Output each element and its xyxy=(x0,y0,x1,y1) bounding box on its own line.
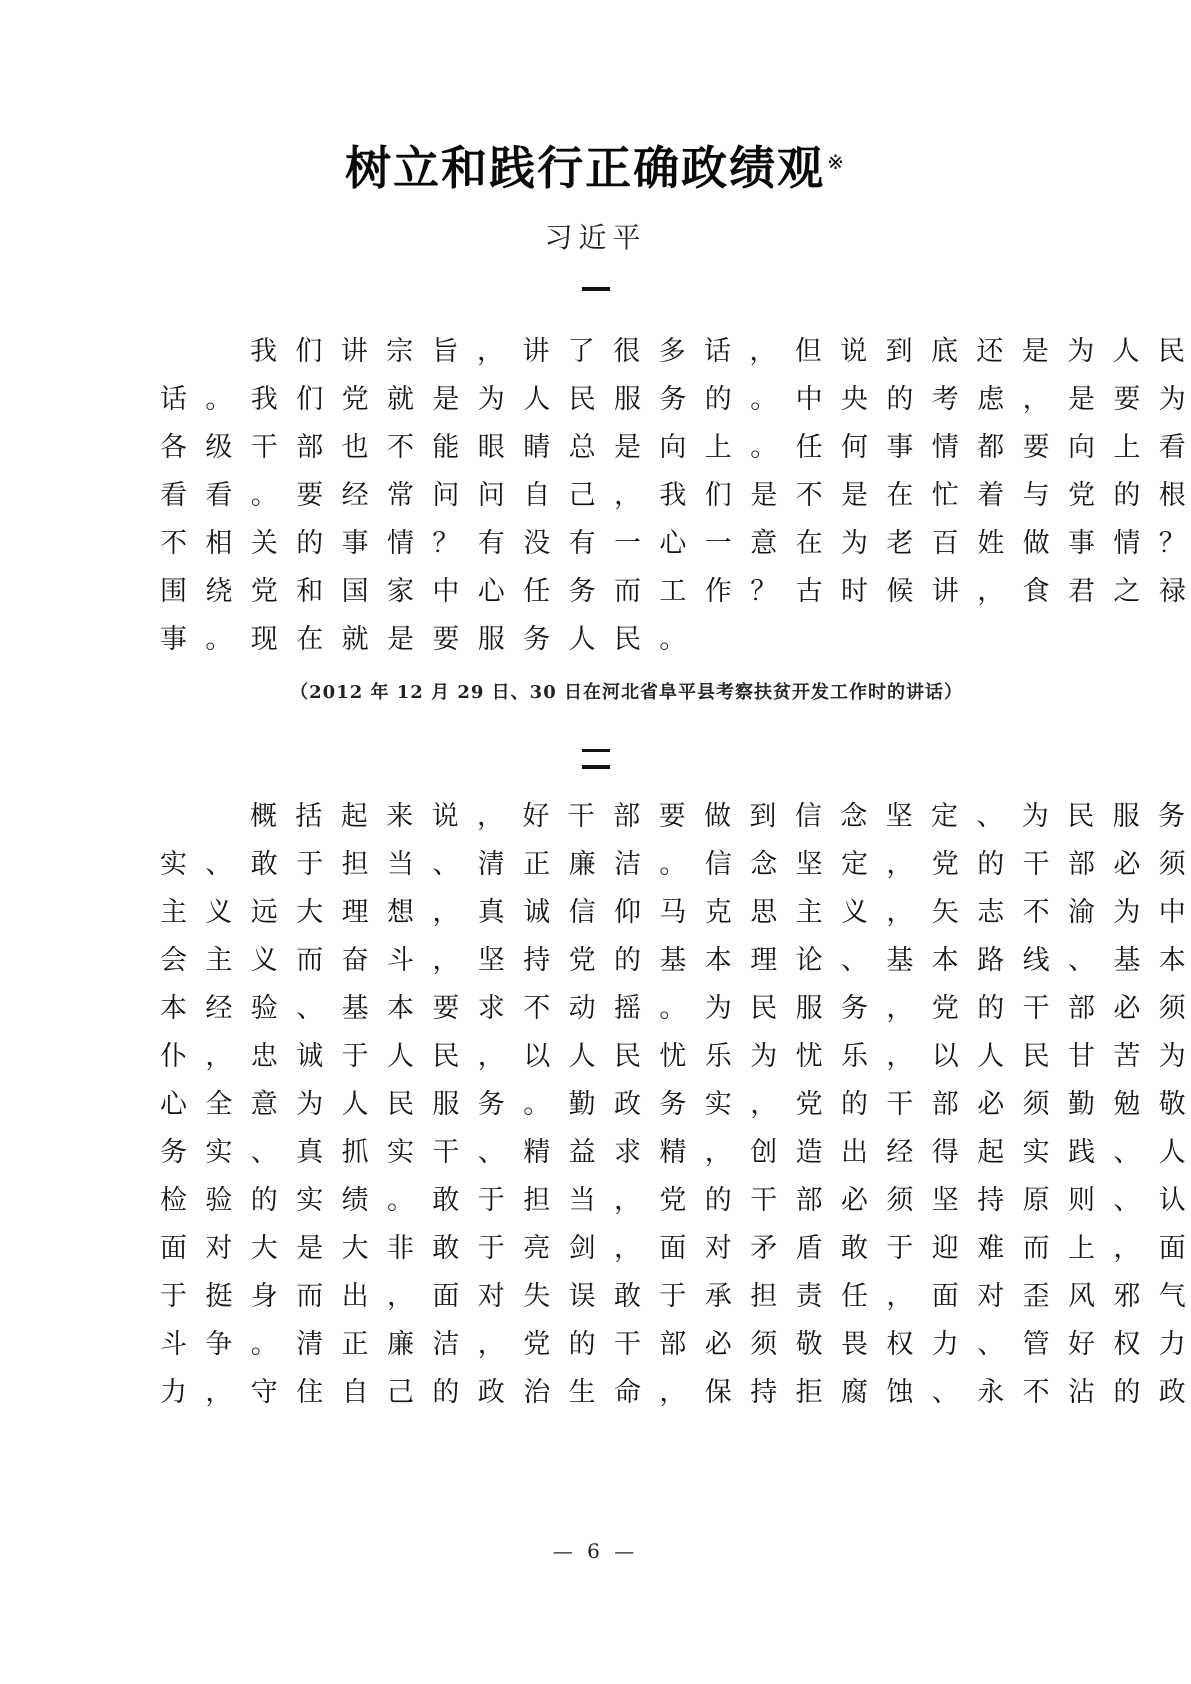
source-citation: （2012 年 12 月 29 日、30 日在河北省阜平县考察扶贫开发工作时的讲… xyxy=(290,680,963,706)
paragraph-line: 事。现在就是要服务人民。 xyxy=(160,616,980,664)
section-2-paragraph: 概括起来说，好干部要做到信念坚定、为民服务、勤政务 实、敢于担当、清正廉洁。信念… xyxy=(160,793,980,1417)
page-title: 树立和践行正确政绩观※ xyxy=(0,138,1191,198)
paragraph-line: 务实、真抓实干、精益求精，创造出经得起实践、人民、历史 xyxy=(160,1129,980,1177)
paragraph-line: 会主义而奋斗，坚持党的基本理论、基本路线、基本纲领、基 xyxy=(160,937,980,985)
section-number-one xyxy=(582,287,610,291)
section-number-two xyxy=(582,749,610,769)
section-1-paragraph: 我们讲宗旨，讲了很多话，但说到底还是为人民服务这句 话。我们党就是为人民服务的。… xyxy=(160,328,980,664)
paragraph-line: 于挺身而出，面对失误敢于承担责任，面对歪风邪气敢于坚决 xyxy=(160,1273,980,1321)
section-heading-1 xyxy=(0,268,1191,308)
paragraph-line: 围绕党和国家中心任务而工作？古时候讲，食君之禄，忠君之 xyxy=(160,568,980,616)
paragraph-line: 不相关的事情？有没有一心一意在为老百姓做事情？是不是在 xyxy=(160,520,980,568)
author-name: 习近平 xyxy=(0,218,1191,258)
footnote-mark: ※ xyxy=(827,150,846,174)
paragraph-line: 概括起来说，好干部要做到信念坚定、为民服务、勤政务 xyxy=(160,793,980,841)
paragraph-line: 力，守住自己的政治生命，保持拒腐蚀、永不沾的政治本色。 xyxy=(160,1369,980,1417)
section-heading-2 xyxy=(0,738,1191,778)
paragraph-line: 话。我们党就是为人民服务的。中央的考虑，是要为人民做事。 xyxy=(160,376,980,424)
document-page: 树立和践行正确政绩观※ 习近平 我们讲宗旨，讲了很多话，但说到底还是为人民服务这… xyxy=(0,0,1191,1684)
page-number: — 6 — xyxy=(0,1538,1191,1564)
paragraph-line: 面对大是大非敢于亮剑，面对矛盾敢于迎难而上，面对危机敢 xyxy=(160,1225,980,1273)
paragraph-line: 主义远大理想，真诚信仰马克思主义，矢志不渝为中国特色社 xyxy=(160,889,980,937)
paragraph-line: 实、敢于担当、清正廉洁。信念坚定，党的干部必须坚定共产 xyxy=(160,841,980,889)
paragraph-line: 看看。要经常问问自己，我们是不是在忙着与党的根本宗旨毫 xyxy=(160,472,980,520)
paragraph-line: 我们讲宗旨，讲了很多话，但说到底还是为人民服务这句 xyxy=(160,328,980,376)
paragraph-line: 检验的实绩。敢于担当，党的干部必须坚持原则、认真负责， xyxy=(160,1177,980,1225)
paragraph-line: 斗争。清正廉洁，党的干部必须敬畏权力、管好权力、慎用权 xyxy=(160,1321,980,1369)
paragraph-line: 仆，忠诚于人民，以人民忧乐为忧乐，以人民甘苦为甘苦，全 xyxy=(160,1033,980,1081)
paragraph-line: 心全意为人民服务。勤政务实，党的干部必须勤勉敬业、求真 xyxy=(160,1081,980,1129)
paragraph-line: 本经验、基本要求不动摇。为民服务，党的干部必须做人民公 xyxy=(160,985,980,1033)
paragraph-line: 各级干部也不能眼睛总是向上。任何事情都要向上看看，向下 xyxy=(160,424,980,472)
title-text: 树立和践行正确政绩观 xyxy=(345,141,825,195)
